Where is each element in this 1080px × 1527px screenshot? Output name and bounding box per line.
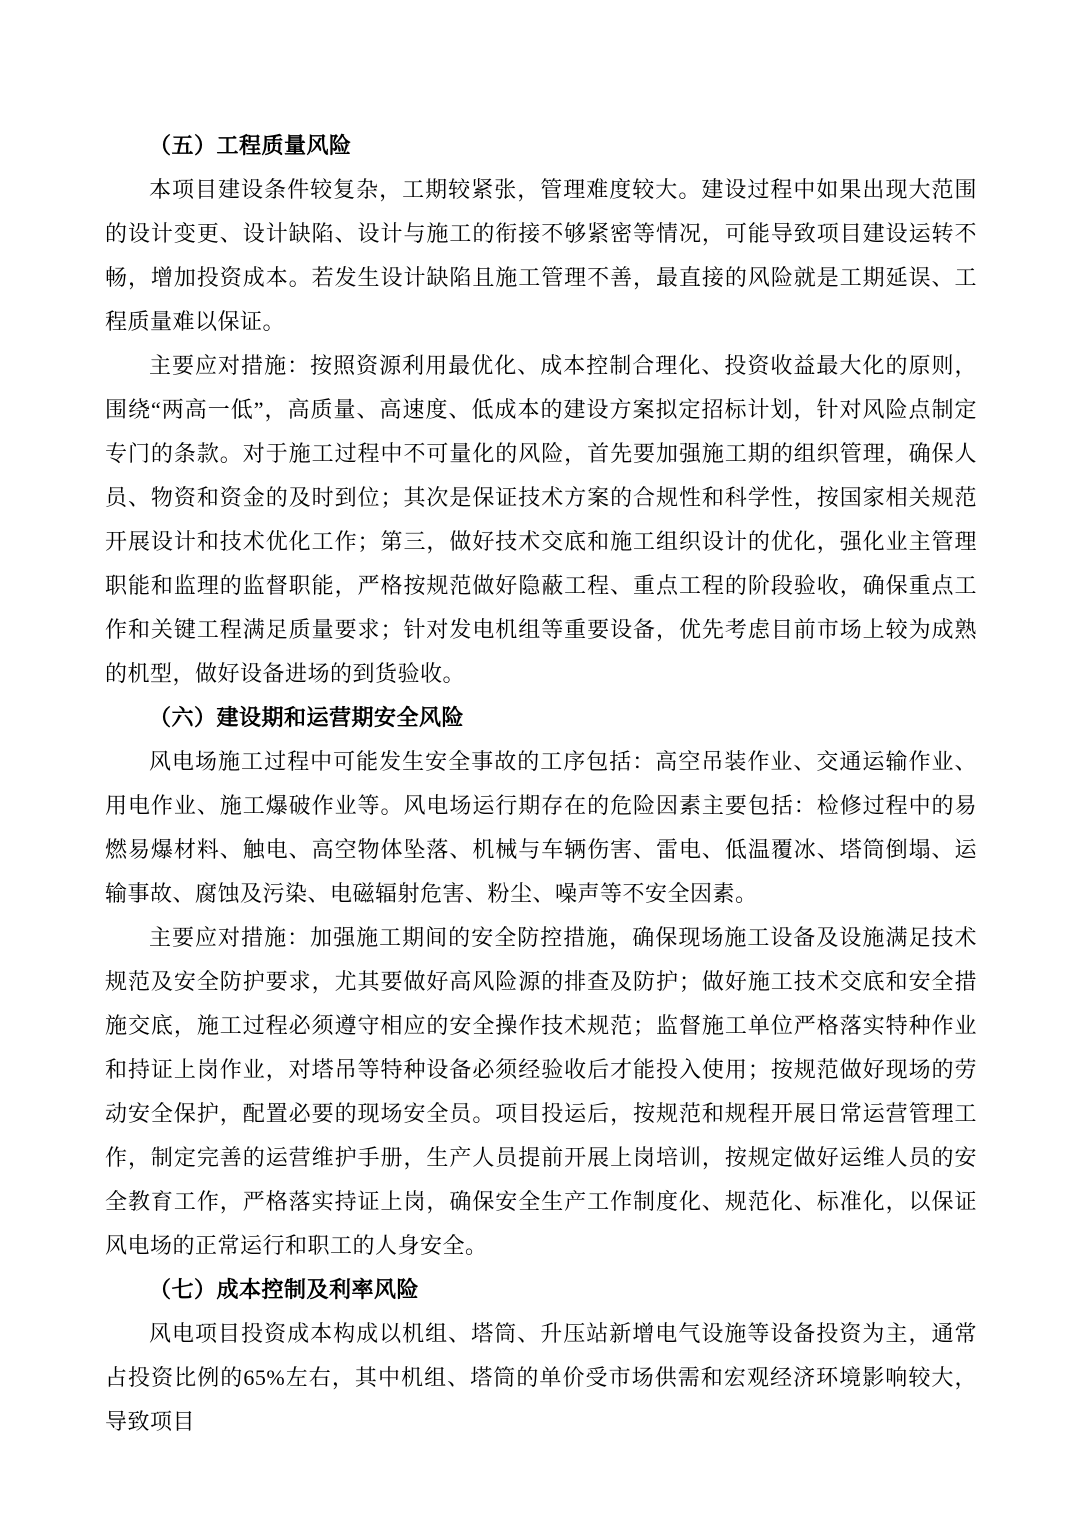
section-heading-cost-interest-risk: （七）成本控制及利率风险 [105,1268,977,1312]
paragraph-safety-risk-description: 风电场施工过程中可能发生安全事故的工序包括：高空吊装作业、交通运输作业、用电作业… [105,740,977,916]
paragraph-cost-interest-risk-description: 风电项目投资成本构成以机组、塔筒、升压站新增电气设施等设备投资为主，通常占投资比… [105,1312,977,1444]
document-page: （五）工程质量风险 本项目建设条件较复杂，工期较紧张，管理难度较大。建设过程中如… [0,0,1080,1527]
paragraph-quality-risk-measures: 主要应对措施：按照资源利用最优化、成本控制合理化、投资收益最大化的原则，围绕“两… [105,344,977,696]
section-heading-safety-risk: （六）建设期和运营期安全风险 [105,696,977,740]
paragraph-quality-risk-description: 本项目建设条件较复杂，工期较紧张，管理难度较大。建设过程中如果出现大范围的设计变… [105,168,977,344]
paragraph-safety-risk-measures: 主要应对措施：加强施工期间的安全防控措施，确保现场施工设备及设施满足技术规范及安… [105,916,977,1268]
section-heading-quality-risk: （五）工程质量风险 [105,124,977,168]
